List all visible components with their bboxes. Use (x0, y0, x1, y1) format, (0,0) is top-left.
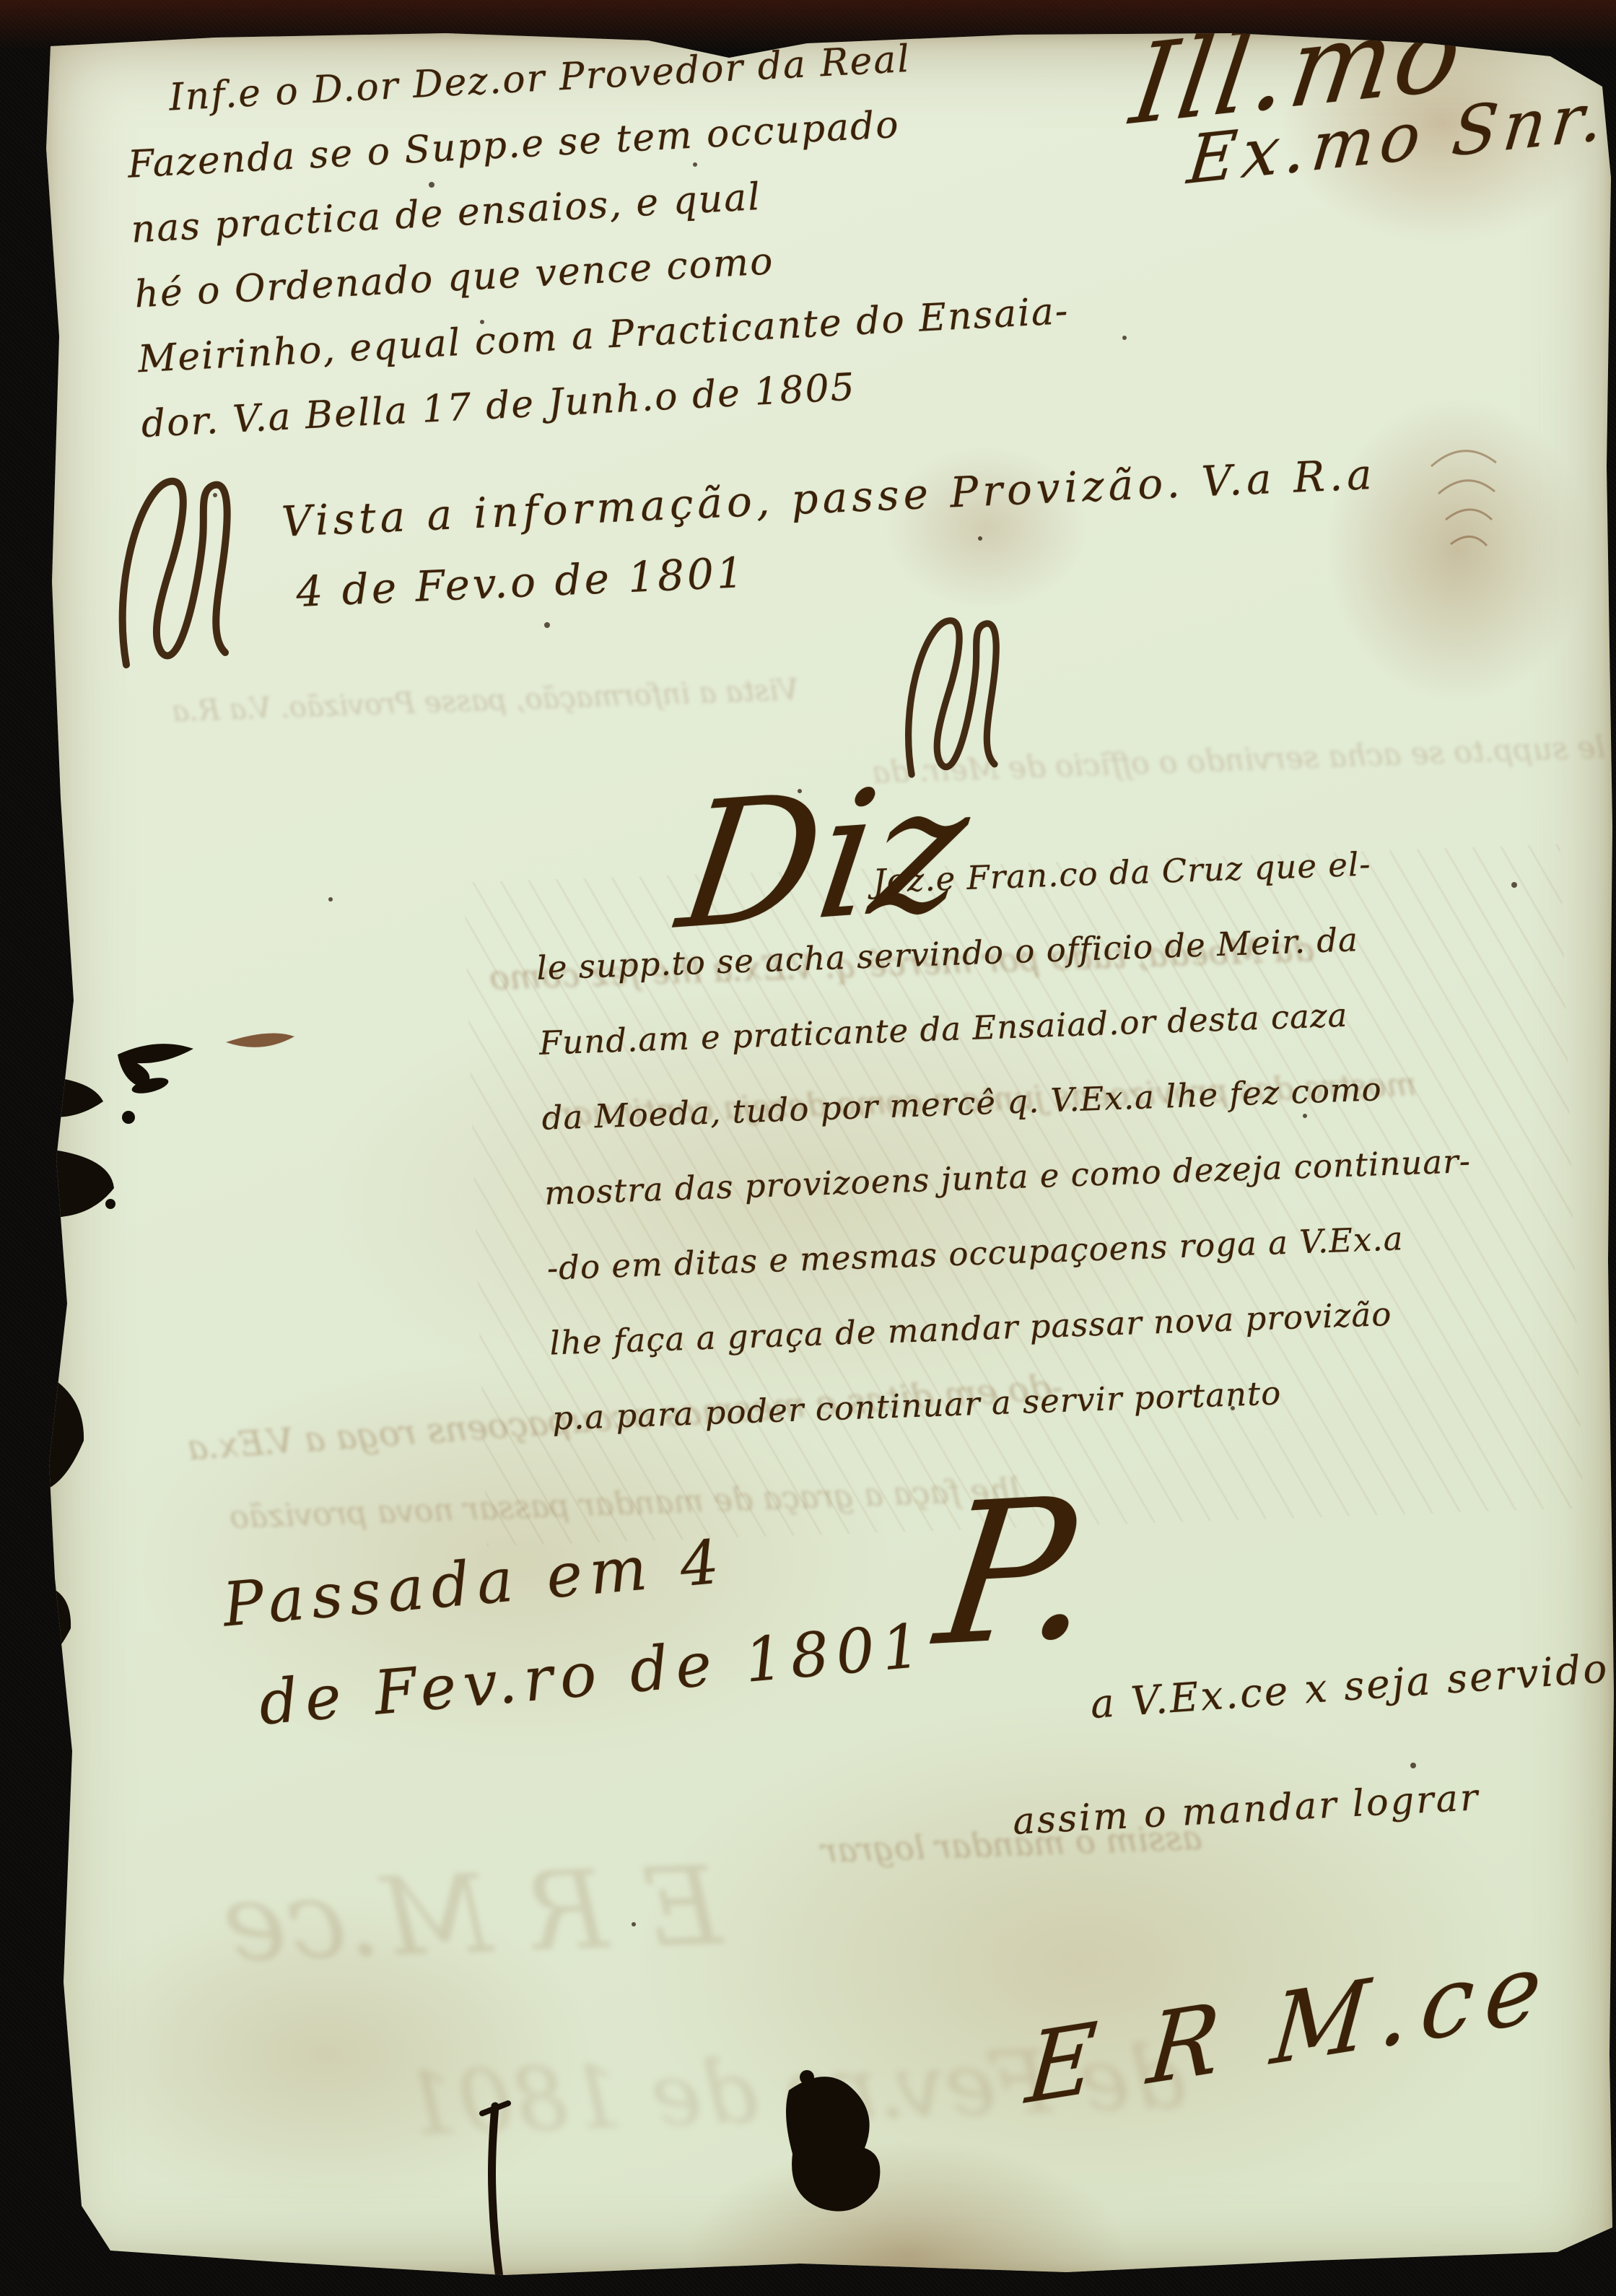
closing-initial: P. (929, 1470, 1105, 1675)
rubric-flourish (108, 459, 253, 683)
erm-closing-mark: E R M.ce (1022, 1929, 1558, 2126)
addressee-heading: Ill.mo Ex.mo Snr. (1020, 0, 1612, 213)
ink-bleed-through: E R M.ce (220, 1843, 724, 1986)
despacho-note: Vista a informação, passe Provizão. V.a … (280, 439, 1381, 628)
photo-backdrop: da Moeda, tudo por mercê q. V.Ex.a lhe f… (0, 0, 1616, 2296)
manuscript-page: da Moeda, tudo por mercê q. V.Ex.a lhe f… (42, 33, 1615, 2278)
informe-note: Inf.e o D.or Dez.or Provedor da Real Faz… (123, 19, 1074, 457)
closing-line: assim o mandar lograr (1012, 1776, 1481, 1843)
issuance-note: Passada em 4 de Fev.ro de 1801 (219, 1494, 932, 1756)
closing-line: a V.Ex.ce x seja servido (1089, 1645, 1611, 1727)
ink-bleed-through: Vista a informação, passe Provizão. V.a … (171, 673, 799, 728)
petition-body: Joz.e Fran.co da Cruz que el- le supp.to… (533, 824, 1480, 1456)
